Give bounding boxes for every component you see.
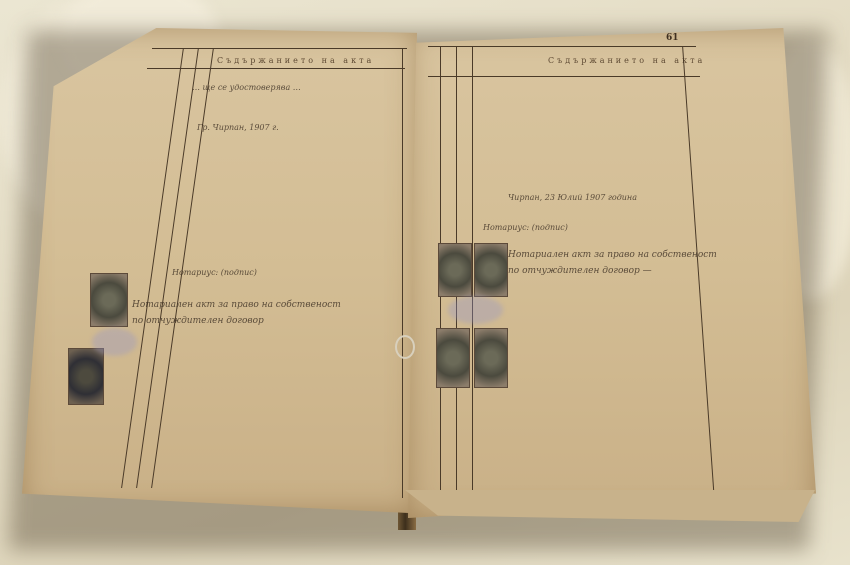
right-margin-rule <box>682 46 715 501</box>
header-rule <box>428 46 696 47</box>
handwritten-entry: по отчуждителен договор <box>132 316 264 326</box>
revenue-stamp <box>474 243 508 297</box>
revenue-stamp <box>68 348 104 405</box>
header-rule <box>147 68 405 69</box>
revenue-stamp <box>436 328 470 388</box>
left-page: Съдържанието на акта … ще се удостоверяв… <box>22 28 417 513</box>
handwritten-entry: Гр. Чирпан, 1907 г. <box>197 123 279 132</box>
right-page: 61 Съдържанието на акта Чирпан, 23 Юлий … <box>408 28 816 518</box>
ink-seal <box>448 296 503 324</box>
revenue-stamp <box>474 328 508 388</box>
handwritten-entry: Нотариус: (подпис) <box>483 223 568 232</box>
revenue-stamp <box>90 273 128 327</box>
handwritten-entry: Нотариален акт за право на собственост <box>508 250 717 260</box>
handwritten-entry: Нотариус: (подпис) <box>172 268 257 277</box>
handwritten-entry: … ще се удостоверява … <box>192 83 301 92</box>
right-page-header: Съдържанието на акта <box>548 56 705 65</box>
binding-string <box>395 335 415 359</box>
handwritten-entry: по отчуждителен договор — <box>508 266 652 276</box>
right-margin-rule <box>402 48 403 498</box>
revenue-stamp <box>438 243 472 297</box>
page-number: 61 <box>666 33 679 43</box>
left-page-header: Съдържанието на акта <box>217 56 374 65</box>
header-rule <box>428 76 700 77</box>
header-rule <box>152 48 407 49</box>
column-rule <box>472 46 473 506</box>
handwritten-entry: Чирпан, 23 Юлий 1907 година <box>508 193 637 202</box>
ink-seal <box>92 328 137 356</box>
handwritten-entry: Нотариален акт за право на собственост <box>132 300 341 310</box>
